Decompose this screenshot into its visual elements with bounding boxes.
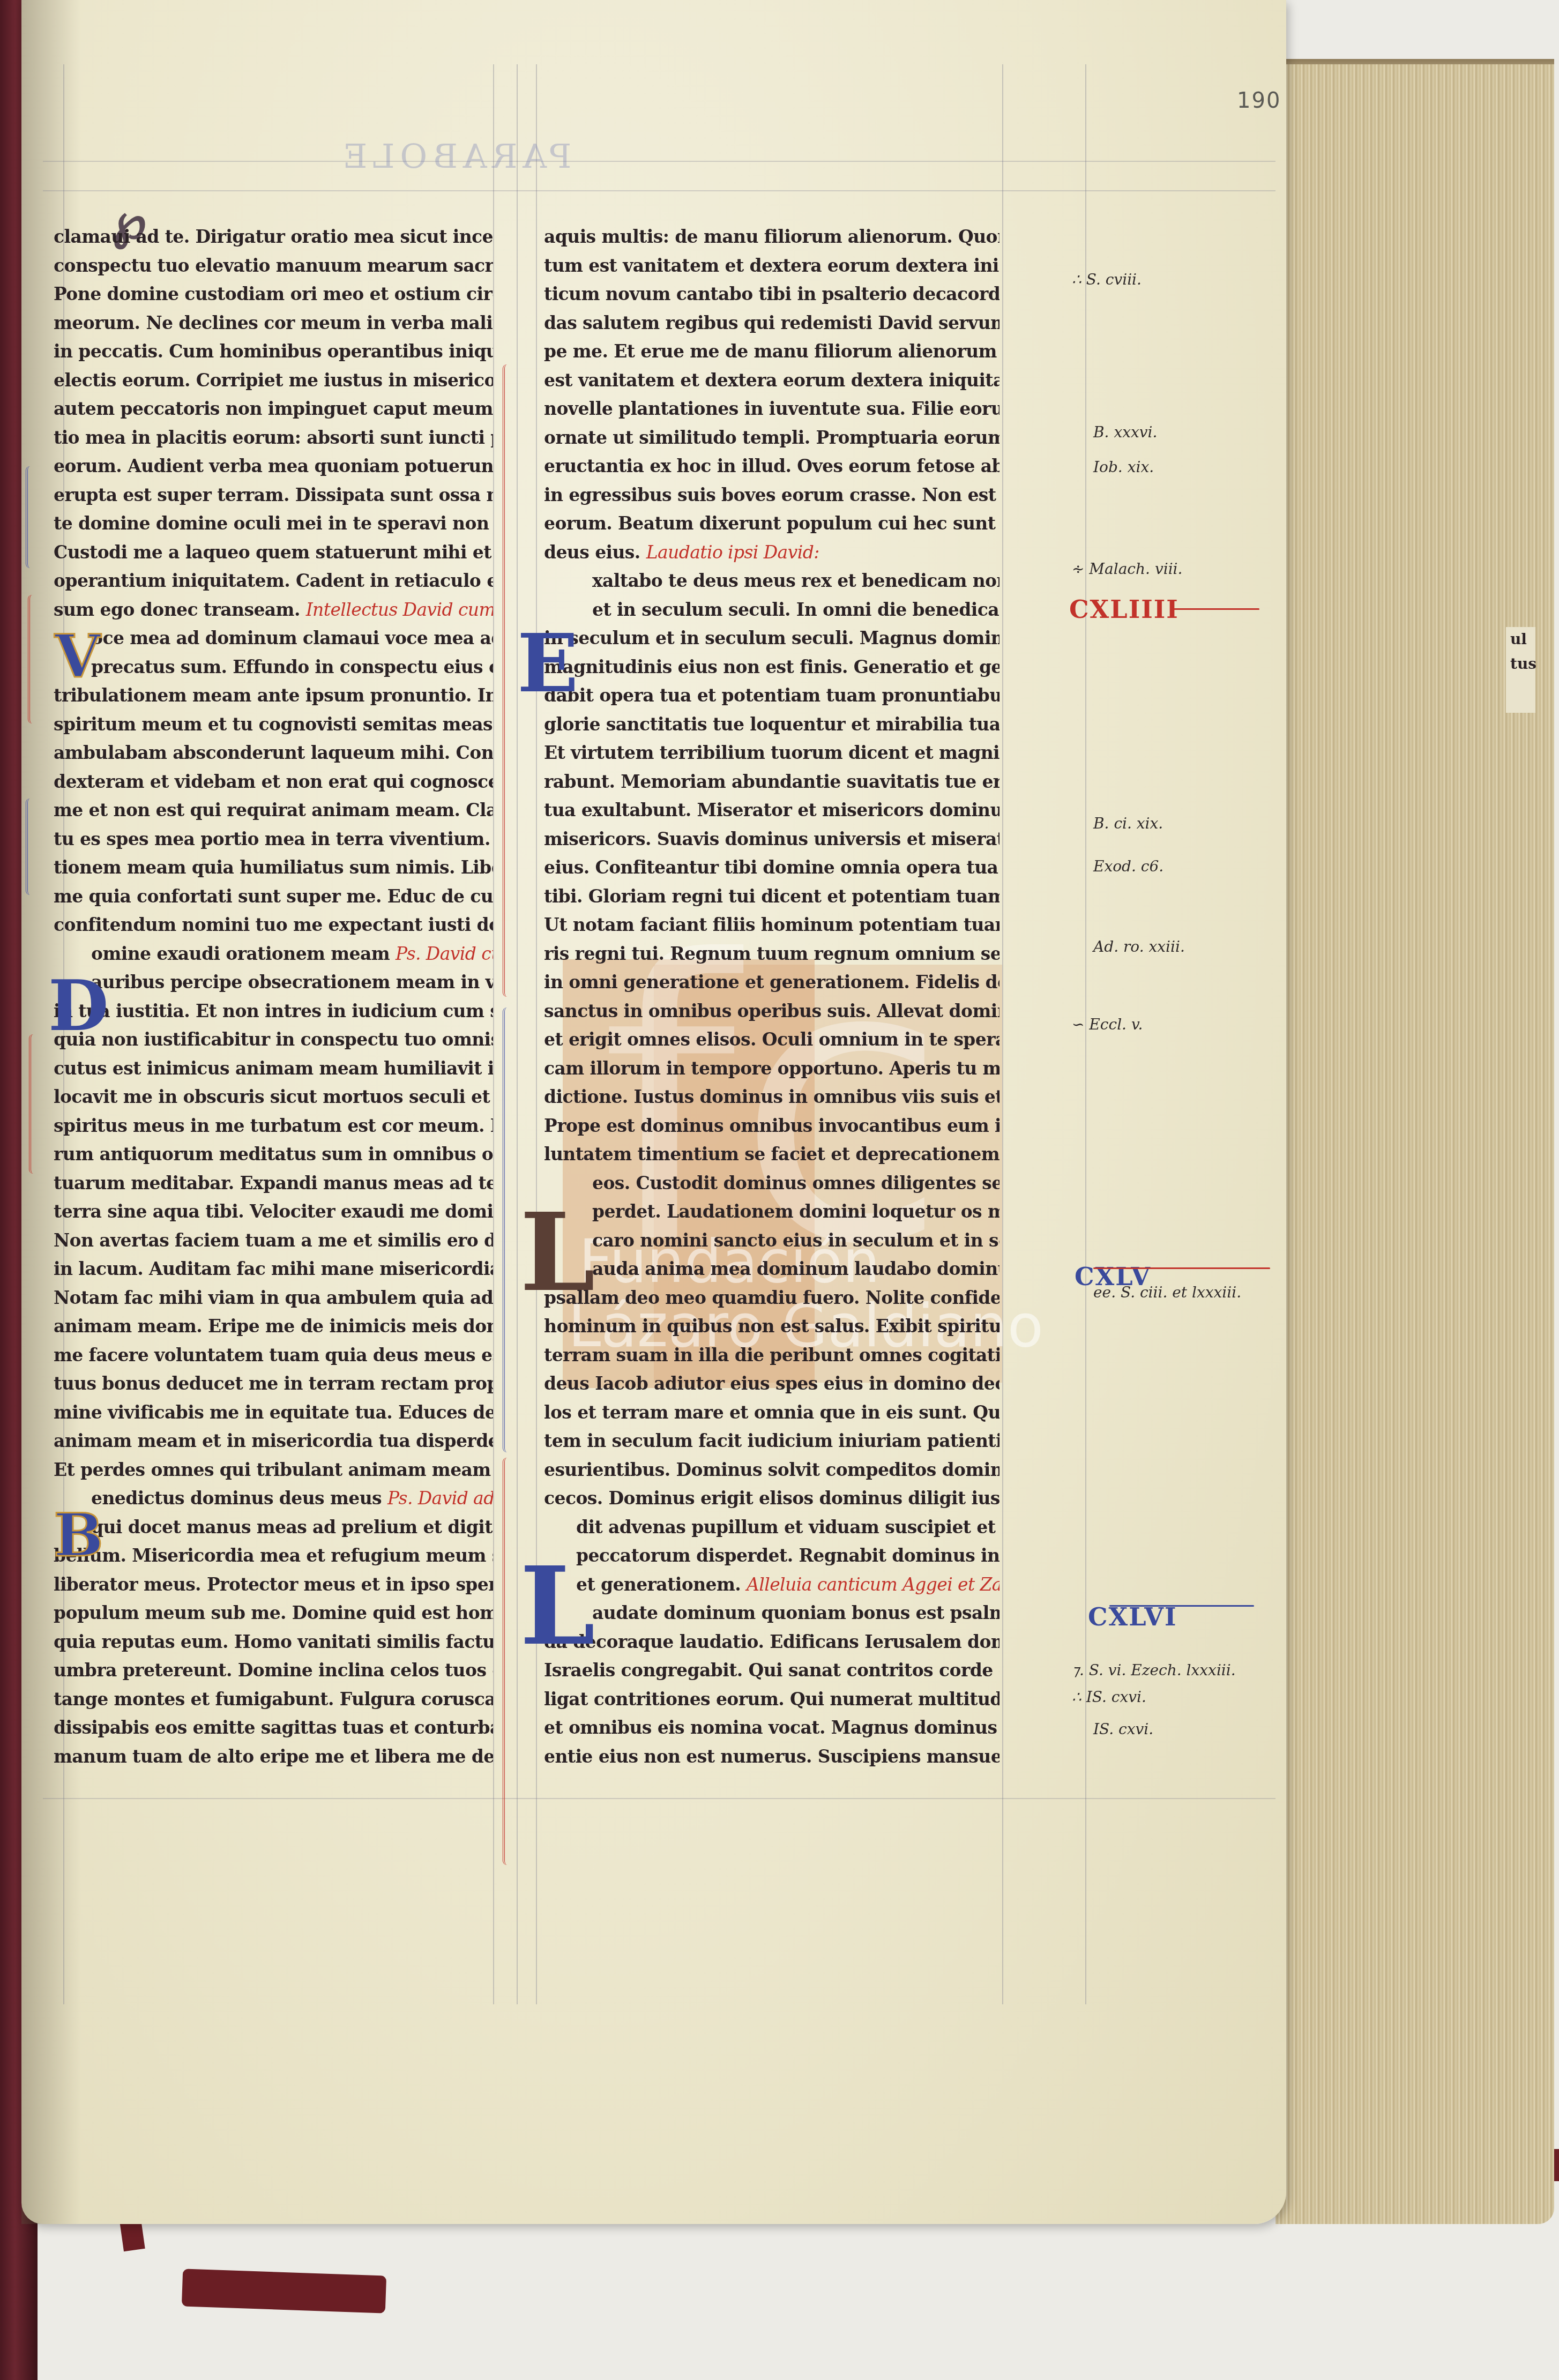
text-line: psallam deo meo quamdiu fuero. Nolite co… <box>544 1284 999 1312</box>
text-line: in tua iustitia. Et non intres in iudici… <box>54 997 493 1026</box>
adjacent-leaf-text: tus <box>1506 652 1535 676</box>
psalm-number: CXLIIII <box>1069 595 1179 624</box>
text-line: eorum. Audient verba mea quoniam potueru… <box>54 452 493 481</box>
text-line: cecos. Dominus erigit elisos dominus dil… <box>544 1484 999 1513</box>
text-line: quia reputas eum. Homo vanitati similis … <box>54 1628 493 1657</box>
rubric: Ps. David ad Goliam. <box>387 1488 493 1509</box>
text-line: glorie sanctitatis tue loquentur et mira… <box>544 710 999 739</box>
text-line: xaltabo te deus meus rex et benedicam no… <box>544 566 999 595</box>
ruling-vertical <box>517 64 518 2004</box>
text-line: luntatem timentium se faciet et deprecat… <box>544 1140 999 1169</box>
text-line: animam meam et in misericordia tua dispe… <box>54 1427 493 1456</box>
text-line: tu es spes mea portio mea in terra viven… <box>54 825 493 854</box>
text-line: operantium iniquitatem. Cadent in retiac… <box>54 566 493 595</box>
text-line: umbra pretereunt. Domine inclina celos t… <box>54 1656 493 1685</box>
text-line: enedictus dominus deus meus Ps. David ad… <box>54 1484 493 1513</box>
text-line: populum meum sub me. Domine quid est hom… <box>54 1599 493 1628</box>
text-line: hominum in quibus non est salus. Exibit … <box>544 1312 999 1341</box>
text-line: eorum. Beatum dixerunt populum cui hec s… <box>544 509 999 538</box>
text-line: in seculum et in seculum seculi. Magnus … <box>544 624 999 653</box>
text-line: eius. Confiteantur tibi domine omnia ope… <box>544 853 999 882</box>
margin-reference: Ad. ro. xxiii. <box>1093 938 1185 956</box>
text-line: Et perdes omnes qui tribulant animam mea… <box>54 1456 493 1484</box>
text-line: tua exultabunt. Miserator et misericors … <box>544 796 999 825</box>
text-line: tem in seculum facit iudicium iniuriam p… <box>544 1427 999 1456</box>
text-line: Notam fac mihi viam in qua ambulem quia … <box>54 1284 493 1312</box>
decorated-initial-d: D <box>48 965 109 1047</box>
adjacent-leaf-text: ul <box>1506 627 1535 652</box>
rubric: Alleluia canticum Aggei et Zacharie. <box>747 1574 999 1595</box>
text-line: te domine domine oculi mei in te speravi… <box>54 509 493 538</box>
text-line: rabunt. Memoriam abundantie suavitatis t… <box>544 767 999 796</box>
text-line: da decoraque laudatio. Edificans Ierusal… <box>544 1628 999 1657</box>
middle-text-column: aquis multis: de manu filiorum alienorum… <box>544 222 999 1771</box>
psalm-number-flourish <box>1093 1267 1270 1269</box>
bookmark-ribbon-left-tail <box>182 2269 386 2313</box>
text-line: bellum. Misericordia mea et refugium meu… <box>54 1541 493 1570</box>
text-line: spiritum meum et tu cognovisti semitas m… <box>54 710 493 739</box>
text-line: magnitudinis eius non est finis. Generat… <box>544 653 999 682</box>
text-line: erupta est super terram. Dissipata sunt … <box>54 481 493 510</box>
text-line: manum tuam de alto eripe me et libera me… <box>54 1742 493 1771</box>
decorated-initial-l-brown: L <box>520 1190 595 1316</box>
text-line: misericors. Suavis dominus universis et … <box>544 825 999 854</box>
text-line: dit advenas pupillum et viduam suscipiet… <box>544 1513 999 1542</box>
text-line: auda anima mea dominum laudabo dominum i… <box>544 1255 999 1284</box>
text-line: pe me. Et erue me de manu filiorum alien… <box>544 337 999 366</box>
text-line: dexteram et videbam et non erat qui cogn… <box>54 767 493 796</box>
text-line: das salutem regibus qui redemisti David … <box>544 309 999 338</box>
margin-reference: ∻ Malach. viii. <box>1072 560 1182 578</box>
psalm-number-flourish <box>1174 608 1259 610</box>
margin-reference: ⁊. S. vi. Ezech. lxxxiii. <box>1072 1661 1236 1679</box>
text-line: dabit opera tua et potentiam tuam pronun… <box>544 681 999 710</box>
text-line: caro nomini sancto eius in seculum et in… <box>544 1226 999 1255</box>
text-line: eos. Custodit dominus omnes diligentes s… <box>544 1169 999 1198</box>
text-line: tionem meam quia humiliatus sum nimis. L… <box>54 853 493 882</box>
text-line: conspectu tuo elevatio manuum mearum sac… <box>54 251 493 280</box>
text-line: tibi. Gloriam regni tui dicent et potent… <box>544 882 999 911</box>
text-line: esurientibus. Dominus solvit compeditos … <box>544 1456 999 1484</box>
text-line: in peccatis. Cum hominibus operantibus i… <box>54 337 493 366</box>
decorated-initial-b: B <box>54 1501 103 1570</box>
manuscript-page: 190 PARABOLE fc Fundación Lázaro Galdian… <box>21 0 1286 2224</box>
text-line: liberator meus. Protector meus et in ips… <box>54 1570 493 1599</box>
text-line: spiritus meus in me turbatum est cor meu… <box>54 1111 493 1140</box>
text-line: ticum novum cantabo tibi in psalterio de… <box>544 280 999 309</box>
text-line: ris regni tui. Regnum tuum regnum omnium… <box>544 939 999 968</box>
text-line: entie eius non est numerus. Suscipiens m… <box>544 1742 999 1771</box>
text-line: Israelis congregabit. Qui sanat contrito… <box>544 1656 999 1685</box>
red-pen-flourish <box>28 595 41 723</box>
text-line: aquis multis: de manu filiorum alienorum… <box>544 222 999 251</box>
text-line: tange montes et fumigabunt. Fulgura coru… <box>54 1685 493 1714</box>
margin-reference: B. xxxvi. <box>1093 423 1157 441</box>
rubric: Laudatio ipsi David: <box>646 542 819 563</box>
red-pen-flourish <box>503 1458 517 1865</box>
text-line: qui docet manus meas ad prelium et digit… <box>54 1513 493 1542</box>
decorated-initial-e: E <box>517 616 578 711</box>
text-line: est vanitatem et dextera eorum dextera i… <box>544 366 999 395</box>
text-line: ligat contritiones eorum. Qui numerat mu… <box>544 1685 999 1714</box>
text-line: tum est vanitatem et dextera eorum dexte… <box>544 251 999 280</box>
folio-number: 190 <box>1237 88 1281 113</box>
text-line: Ut notam faciant filiis hominum potentia… <box>544 911 999 939</box>
running-head-showthrough: PARABOLE <box>338 137 571 176</box>
text-line: tribulationem meam ante ipsum pronuntio.… <box>54 681 493 710</box>
psalm-number: CXLV <box>1075 1262 1151 1291</box>
text-line: in egressibus suis boves eorum crasse. N… <box>544 481 999 510</box>
rubric: Intellectus David cum esset in spelunca. <box>306 599 493 620</box>
margin-reference: IS. cxvi. <box>1093 1720 1153 1738</box>
margin-reference: Iob. xix. <box>1093 458 1154 476</box>
text-line: audate dominum quoniam bonus est psalmus… <box>544 1599 999 1628</box>
text-line: omine exaudi orationem meam Ps. David cu… <box>54 939 493 968</box>
text-line: et omnibus eis nomina vocat. Magnus domi… <box>544 1713 999 1742</box>
text-line: peccatorum disperdet. Regnabit dominus i… <box>544 1541 999 1570</box>
text-line: deus Iacob adiutor eius spes eius in dom… <box>544 1369 999 1398</box>
text-line: tuarum meditabar. Expandi manus meas ad … <box>54 1169 493 1198</box>
text-line: cutus est inimicus animam meam humiliavi… <box>54 1054 493 1083</box>
text-line: Et virtutem terribilium tuorum dicent et… <box>544 738 999 767</box>
text-line: sanctus in omnibus operibus suis. Alleva… <box>544 997 999 1026</box>
text-line: terra sine aqua tibi. Velociter exaudi m… <box>54 1197 493 1226</box>
text-line: ornate ut similitudo templi. Promptuaria… <box>544 423 999 452</box>
text-line: electis eorum. Corripiet me iustus in mi… <box>54 366 493 395</box>
text-line: confitendum nomini tuo me expectant iust… <box>54 911 493 939</box>
text-line: meorum. Ne declines cor meum in verba ma… <box>54 309 493 338</box>
red-pen-flourish <box>503 364 517 997</box>
psalm-number: CXLVI <box>1088 1602 1177 1631</box>
text-line: locavit me in obscuris sicut mortuos sec… <box>54 1083 493 1111</box>
text-line: me et non est qui requirat animam meam. … <box>54 796 493 825</box>
text-line: et generationem. Alleluia canticum Aggei… <box>544 1570 999 1599</box>
text-line: dictione. Iustus dominus in omnibus viis… <box>544 1083 999 1111</box>
ruling-vertical <box>1002 64 1003 2004</box>
text-line: animam meam. Eripe me de inimicis meis d… <box>54 1312 493 1341</box>
adjacent-leaf-tab: ul tus <box>1506 627 1535 713</box>
ruling-vertical <box>493 64 494 2004</box>
text-line: precatus sum. Effundo in conspectu eius … <box>54 653 493 682</box>
blue-pen-flourish <box>26 799 36 895</box>
text-line: rum antiquorum meditatus sum in omnibus … <box>54 1140 493 1169</box>
text-line: cam illorum in tempore opportuno. Aperis… <box>544 1054 999 1083</box>
decorated-initial-v: V <box>55 622 100 691</box>
text-line: tio mea in placitis eorum: absorti sunt … <box>54 423 493 452</box>
text-line: perdet. Laudationem domini loquetur os m… <box>544 1197 999 1226</box>
margin-reference: Exod. c6. <box>1093 857 1163 875</box>
text-line: novelle plantationes in iuventute sua. F… <box>544 394 999 423</box>
blue-pen-flourish <box>26 466 36 568</box>
text-line: mine vivificabis me in equitate tua. Edu… <box>54 1398 493 1427</box>
text-line: me facere voluntatem tuam quia deus meus… <box>54 1341 493 1370</box>
text-line: et erigit omnes elisos. Oculi omnium in … <box>544 1025 999 1054</box>
text-line: auribus percipe obsecrationem meam in ve… <box>54 968 493 997</box>
text-line: oce mea ad dominum clamaui voce mea ad d… <box>54 624 493 653</box>
margin-reference: B. ci. xix. <box>1093 815 1163 832</box>
rubric: Ps. David cum persequeretur eum Absalon <box>396 943 493 964</box>
text-line: clamaui ad te. Dirigatur oratio mea sicu… <box>54 222 493 251</box>
text-line: Custodi me a laqueo quem statuerunt mihi… <box>54 538 493 567</box>
text-line: deus eius. Laudatio ipsi David: <box>544 538 999 567</box>
text-line: sum ego donec transeam. Intellectus Davi… <box>54 595 493 624</box>
left-text-column: clamaui ad te. Dirigatur oratio mea sicu… <box>54 222 493 1771</box>
ruling-horizontal <box>43 1798 1275 1799</box>
margin-reference: ∴ IS. cxvi. <box>1072 1688 1146 1706</box>
psalm-number-flourish <box>1109 1605 1254 1607</box>
text-line: Non avertas faciem tuam a me et similis … <box>54 1226 493 1255</box>
decorated-initial-l-blue: L <box>520 1543 595 1669</box>
book-fore-edge <box>1275 64 1554 2224</box>
margin-reference: ∴ S. cviii. <box>1072 271 1142 288</box>
text-line: Prope est dominus omnibus invocantibus e… <box>544 1111 999 1140</box>
text-line: et in seculum seculi. In omni die benedi… <box>544 595 999 624</box>
text-line: terram suam in illa die peribunt omnes c… <box>544 1341 999 1370</box>
ruling-vertical <box>536 64 537 2004</box>
ruling-horizontal <box>43 161 1275 162</box>
text-line: Pone domine custodiam ori meo et ostium … <box>54 280 493 309</box>
text-line: autem peccatoris non impinguet caput meu… <box>54 394 493 423</box>
text-line: quia non iustificabitur in conspectu tuo… <box>54 1025 493 1054</box>
margin-reference: ∽ Eccl. v. <box>1072 1016 1143 1033</box>
red-pen-flourish <box>29 1034 42 1174</box>
ruling-vertical <box>1085 64 1086 2004</box>
ruling-horizontal <box>43 190 1275 191</box>
text-line: eructantia ex hoc in illud. Oves eorum f… <box>544 452 999 481</box>
text-line: me quia confortati sunt super me. Educ d… <box>54 882 493 911</box>
text-line: ambulabam absconderunt laqueum mihi. Con… <box>54 738 493 767</box>
text-line: in omni generatione et generationem. Fid… <box>544 968 999 997</box>
text-line: dissipabis eos emitte sagittas tuas et c… <box>54 1713 493 1742</box>
text-line: tuus bonus deducet me in terram rectam p… <box>54 1369 493 1398</box>
text-line: in lacum. Auditam fac mihi mane miserico… <box>54 1255 493 1284</box>
text-line: los et terram mare et omnia que in eis s… <box>544 1398 999 1427</box>
blue-pen-flourish <box>503 1008 517 1452</box>
